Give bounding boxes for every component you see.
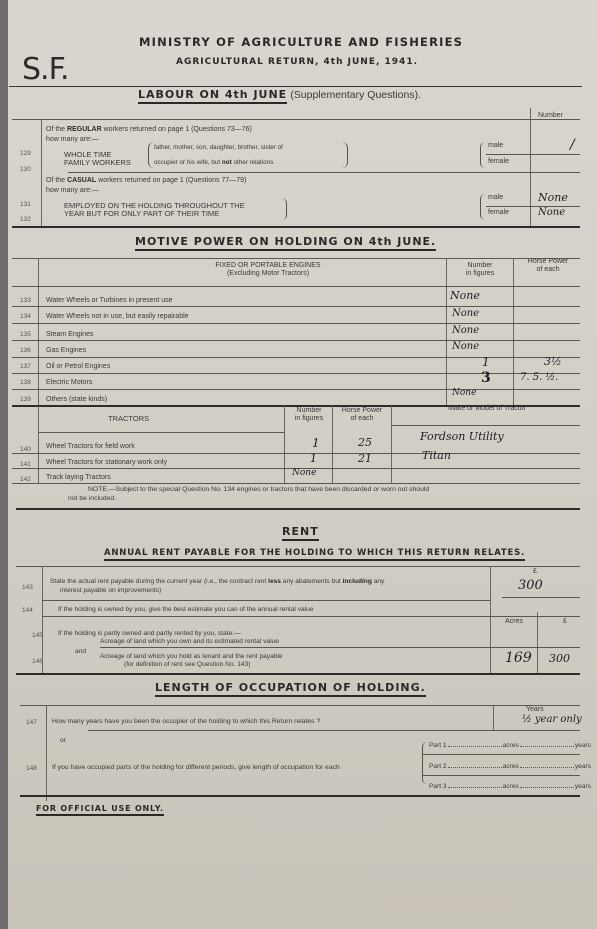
years-label: years [575,783,591,790]
or-label: or [60,737,66,744]
years-label: years [575,742,591,749]
acres-label: acres [503,742,519,749]
engine-label: Oil or Petrol Engines [46,363,110,370]
engine-label: Gas Engines [46,347,86,354]
years-label: years [575,763,591,770]
q144-text: If the holding is owned by you, give the… [58,606,314,613]
part-label: Part 1 [429,742,447,749]
row-number: 138 [20,379,31,386]
part-acres-field[interactable] [448,742,502,747]
text: occupier or his wife, but [154,159,220,166]
engine-number-value[interactable]: None [452,388,476,398]
q145-text-2: Acreage of land which you own and its es… [100,638,279,645]
divider [68,172,580,173]
female-casual-value[interactable]: None [538,207,565,218]
number-col-subheader: in figures [286,415,332,422]
text: workers returned on page 1 (Questions 77… [98,177,246,184]
divider [332,406,333,483]
number-col-header: Number [286,407,332,414]
number-col-header: Number [448,262,512,269]
divider [422,775,580,776]
text: including [343,578,372,585]
relations-line-1: father, mother, son, daughter, brother, … [154,144,283,151]
acres-label: acres [503,783,519,790]
divider [42,600,490,601]
family-workers-label: FAMILY WORKERS [64,158,131,167]
male-regular-value[interactable]: / [570,137,575,153]
q147-text: How many years have you been the occupie… [52,718,320,725]
text: not [222,159,232,166]
hp-col-header: Horse Power [515,258,581,265]
engines-header: FIXED OR PORTABLE ENGINES [168,262,368,269]
acres-col-header: Acres [505,618,523,625]
divider [502,597,580,598]
divider [42,648,43,674]
make-col-header: Make or Model of Tractor [393,405,581,412]
row-number: 145 [32,632,43,639]
hp-col-header: Horse Power [334,407,390,414]
engine-number-value[interactable]: 1 [482,355,490,369]
engines-subheader: (Excluding Motor Tractors) [168,270,368,277]
divider [16,673,580,675]
divider [486,154,580,155]
divider [12,357,580,358]
tractor-number-value[interactable]: None [292,468,316,478]
q143-text-2: interest payable on improvements) [60,587,161,594]
divider [486,206,580,207]
divider [493,705,494,730]
part-acres-field[interactable] [448,783,502,788]
engine-number-value[interactable]: 3 [481,370,491,386]
male-casual-value[interactable]: None [538,191,568,204]
tractor-hp-value[interactable]: 21 [358,452,372,465]
row-number: 140 [20,446,31,453]
q143-rent-value[interactable]: 300 [518,578,543,593]
divider [100,647,580,648]
divider [12,119,580,120]
divider [513,258,514,406]
divider [446,258,447,406]
divider [490,566,491,648]
hp-col-subheader: of each [334,415,390,422]
engine-number-value[interactable]: None [450,289,480,302]
text: other relations [233,159,273,166]
divider [12,373,580,374]
tractor-number-value[interactable]: 1 [310,452,317,465]
divider [88,730,580,731]
employed-line-2: YEAR BUT FOR ONLY PART OF THEIR TIME [64,209,219,218]
number-col-header: Number [538,112,563,119]
divider [284,406,285,483]
and-label: and [75,648,86,655]
divider [38,406,39,483]
engine-hp-value[interactable]: 3½ [544,355,562,368]
row-number: 148 [26,765,37,772]
divider [9,86,582,87]
tractor-label: Wheel Tractors for field work [46,443,135,450]
part-label: Part 2 [429,763,447,770]
number-col-subheader: in figures [448,270,512,277]
q146-pounds-value[interactable]: 300 [549,652,570,665]
tractors-header: TRACTORS [108,414,149,423]
row-number: 131 [20,201,31,208]
pounds-col-header: £ [563,618,567,625]
engine-number-value[interactable]: None [452,341,479,352]
divider [12,323,580,324]
motive-power-title: MOTIVE POWER ON HOLDING ON 4th JUNE. [135,235,436,251]
labour-title-suffix: (Supplementary Questions). [290,89,421,101]
row-number: 130 [20,166,31,173]
row-number: 132 [20,216,31,223]
years-col-header: Years [526,706,544,713]
divider [12,340,580,341]
engine-hp-value[interactable]: 7. 5. ½. [520,372,558,383]
engine-label: Water Wheels or Turbines in present use [46,297,173,304]
acres-label: acres [503,763,519,770]
engine-label: Others (state kinds) [46,396,107,403]
divider [12,483,580,484]
engine-label: Water Wheels not in use, but easily repa… [46,313,189,320]
official-use-label: FOR OFFICIAL USE ONLY. [36,804,164,816]
occupation-title: LENGTH OF OCCUPATION OF HOLDING. [155,681,426,697]
labour-title: LABOUR ON 4th JUNE [138,88,287,104]
divider [12,226,580,228]
divider [537,612,538,648]
text: less [268,578,281,585]
note-line-1: NOTE.—Subject to the special Question No… [88,486,429,493]
row-number: 142 [20,476,31,483]
q147-years-value[interactable]: ½ year only [522,714,582,725]
divider [391,425,580,426]
row-number: 139 [20,396,31,403]
divider [391,406,392,483]
part-years-field[interactable] [520,783,574,788]
note-line-2: not be included. [68,495,116,502]
employed-brace [280,198,287,220]
how-many-label: how many are:— [46,187,99,194]
rent-subtitle: ANNUAL RENT PAYABLE FOR THE HOLDING TO W… [104,548,525,561]
form-page: S.F. MINISTRY OF AGRICULTURE AND FISHERI… [8,0,597,929]
q146-text: Acreage of land which you hold as tenant… [100,653,283,660]
part-label: Part 3 [429,783,447,790]
divider [20,795,580,797]
part-2-row[interactable]: Part 2 acres years [429,763,591,770]
rent-title: RENT [282,525,319,541]
part-1-row[interactable]: Part 1 acres years [429,742,591,749]
divider [537,648,538,674]
divider [12,286,580,287]
q143-text: State the actual rent payable during the… [50,578,384,585]
row-number: 134 [20,313,31,320]
text: any abatements but [283,578,341,585]
tractor-number-value[interactable]: 1 [312,436,320,450]
tractor-label: Wheel Tractors for stationary work only [46,459,167,466]
tractor-make-value[interactable]: Titan [422,449,451,462]
part-years-field[interactable] [520,763,574,768]
text: any [374,578,385,585]
q146-text-2: (for definition of rent see Question No.… [124,661,250,668]
divider [12,453,580,454]
row-number: 135 [20,331,31,338]
divider [38,258,39,406]
text: Of the [46,177,65,184]
regular-label: REGULAR [67,126,102,133]
divider [12,258,580,259]
female-label: female [488,209,509,216]
divider [20,705,580,706]
divider [42,616,580,617]
pound-col-header: £ [533,568,537,575]
engine-label: Electric Motors [46,379,92,386]
row-number: 137 [20,363,31,370]
female-label: female [488,158,509,165]
hp-col-subheader: of each [515,266,581,273]
divider [38,432,284,433]
tractor-label: Track laying Tractors [46,474,111,481]
divider [12,389,580,390]
how-many-label: how many are:— [46,136,99,143]
divider [16,566,580,567]
return-subtitle: AGRICULTURAL RETURN, 4th JUNE, 1941. [176,57,418,67]
row-number: 144 [22,607,33,614]
divider [41,120,42,227]
part-acres-field[interactable] [448,763,502,768]
text: Of the [46,126,65,133]
text: State the actual rent payable during the… [50,578,266,585]
engine-number-value[interactable]: None [452,308,479,319]
divider [422,754,580,755]
engine-label: Steam Engines [46,331,93,338]
row-number: 129 [20,150,31,157]
relations-line-2: occupier or his wife, but not other rela… [154,159,273,166]
tractor-make-value[interactable]: Fordson Utility [420,430,504,443]
part-3-row[interactable]: Part 3 acres years [429,783,591,790]
text: workers returned on page 1 (Questions 73… [104,126,252,133]
divider [530,108,531,227]
parts-brace [422,742,429,784]
regular-intro: Of the REGULAR workers returned on page … [46,126,252,133]
male-label: male [488,142,503,149]
part-years-field[interactable] [520,742,574,747]
tractor-hp-value[interactable]: 25 [358,436,372,449]
divider [16,508,580,510]
row-number: 133 [20,297,31,304]
labour-heading: LABOUR ON 4th JUNE (Supplementary Questi… [138,88,421,101]
ministry-title: MINISTRY OF AGRICULTURE AND FISHERIES [139,35,463,49]
casual-intro: Of the CASUAL workers returned on page 1… [46,177,246,184]
casual-label: CASUAL [67,177,96,184]
q145-text: If the holding is partly owned and partl… [58,630,241,637]
divider [12,306,580,307]
row-number: 143 [22,584,33,591]
male-label: male [488,194,503,201]
q146-acres-value[interactable]: 169 [505,650,532,666]
row-number: 136 [20,347,31,354]
divider [490,648,491,674]
q148-text: If you have occupied parts of the holdin… [52,764,340,771]
form-code: S.F. [22,52,69,87]
divider [46,705,47,801]
row-number: 147 [26,719,37,726]
engine-number-value[interactable]: None [452,325,479,336]
row-number: 141 [20,461,31,468]
